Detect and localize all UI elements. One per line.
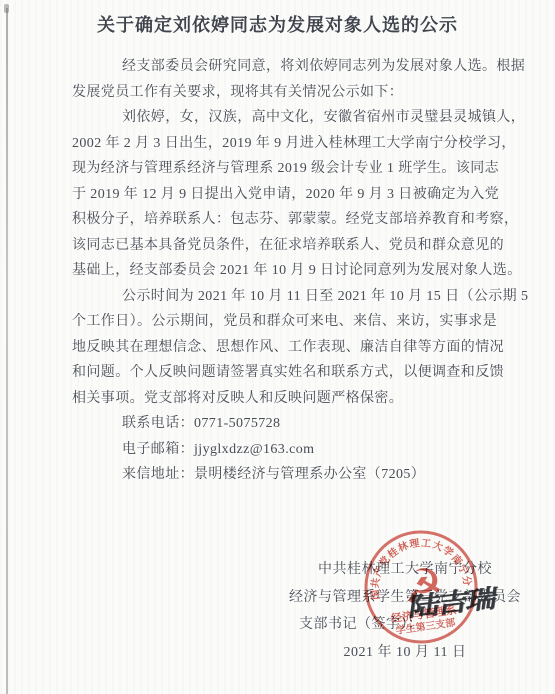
contact-phone-line: 联系电话：0771-5075728 (72, 411, 515, 437)
body-line: 现为经济与管理系经济与管理系 2019 级会计专业 1 班学生。该同志 (72, 156, 515, 182)
body-line: 经支部委员会研究同意，将刘依婷同志列为发展对象人选。根据 (72, 54, 515, 80)
body-line: 和问题。个人反映问题请签署真实姓名和联系方式，以便调查和反馈 (72, 360, 515, 386)
party-branch-seal: 中国共产党桂林理工大学南宁分校 ☭ 经济与管理系 学生第三支部 (360, 526, 482, 648)
body-line: 地反映其在理想信念、思想作风、工作表现、廉洁自律等方面的情况 (72, 335, 515, 361)
notice-title: 关于确定刘依婷同志为发展对象人选的公示 (0, 0, 555, 37)
body-line: 个工作日）。公示期间，党员和群众可来电、来信、来访，实事求是 (72, 309, 515, 335)
contact-address-line: 来信地址：景明楼经济与管理系办公室（7205） (72, 462, 515, 488)
body-line: 相关事项。党支部将对反映人和反映问题严格保密。 (72, 386, 515, 412)
body-line: 基础上，经支部委员会 2021 年 10 月 9 日讨论同意列为发展对象人选。 (72, 258, 515, 284)
body-line: 公示时间为 2021 年 10 月 11 日至 2021 年 10 月 15 日… (72, 284, 515, 310)
scanned-notice-page: 关于确定刘依婷同志为发展对象人选的公示 经支部委员会研究同意，将刘依婷同志列为发… (0, 0, 555, 694)
body-line: 刘依婷，女，汉族，高中文化，安徽省宿州市灵璧县灵城镇人， (72, 105, 515, 131)
body-line: 该同志已基本具备党员条件，在征求培养联系人、党员和群众意见的 (72, 233, 515, 259)
body-line: 于 2019 年 12 月 9 日提出入党申请，2020 年 9 月 3 日被确… (72, 182, 515, 208)
scan-corner-speck (4, 4, 9, 13)
scan-edge-artifact (6, 8, 8, 694)
notice-body: 经支部委员会研究同意，将刘依婷同志列为发展对象人选。根据 发展党员工作有关要求，… (72, 54, 515, 488)
body-line: 2002 年 2 月 3 日出生，2019 年 9 月进入桂林理工大学南宁分校学… (72, 131, 515, 157)
body-line: 发展党员工作有关要求，现将其有关情况公示如下： (72, 80, 515, 106)
contact-email-line: 电子邮箱：jjyglxdzz@163.com (72, 437, 515, 463)
body-line: 积极分子，培养联系人：包志芬、郭蒙蒙。经党支部培养教育和考察， (72, 207, 515, 233)
